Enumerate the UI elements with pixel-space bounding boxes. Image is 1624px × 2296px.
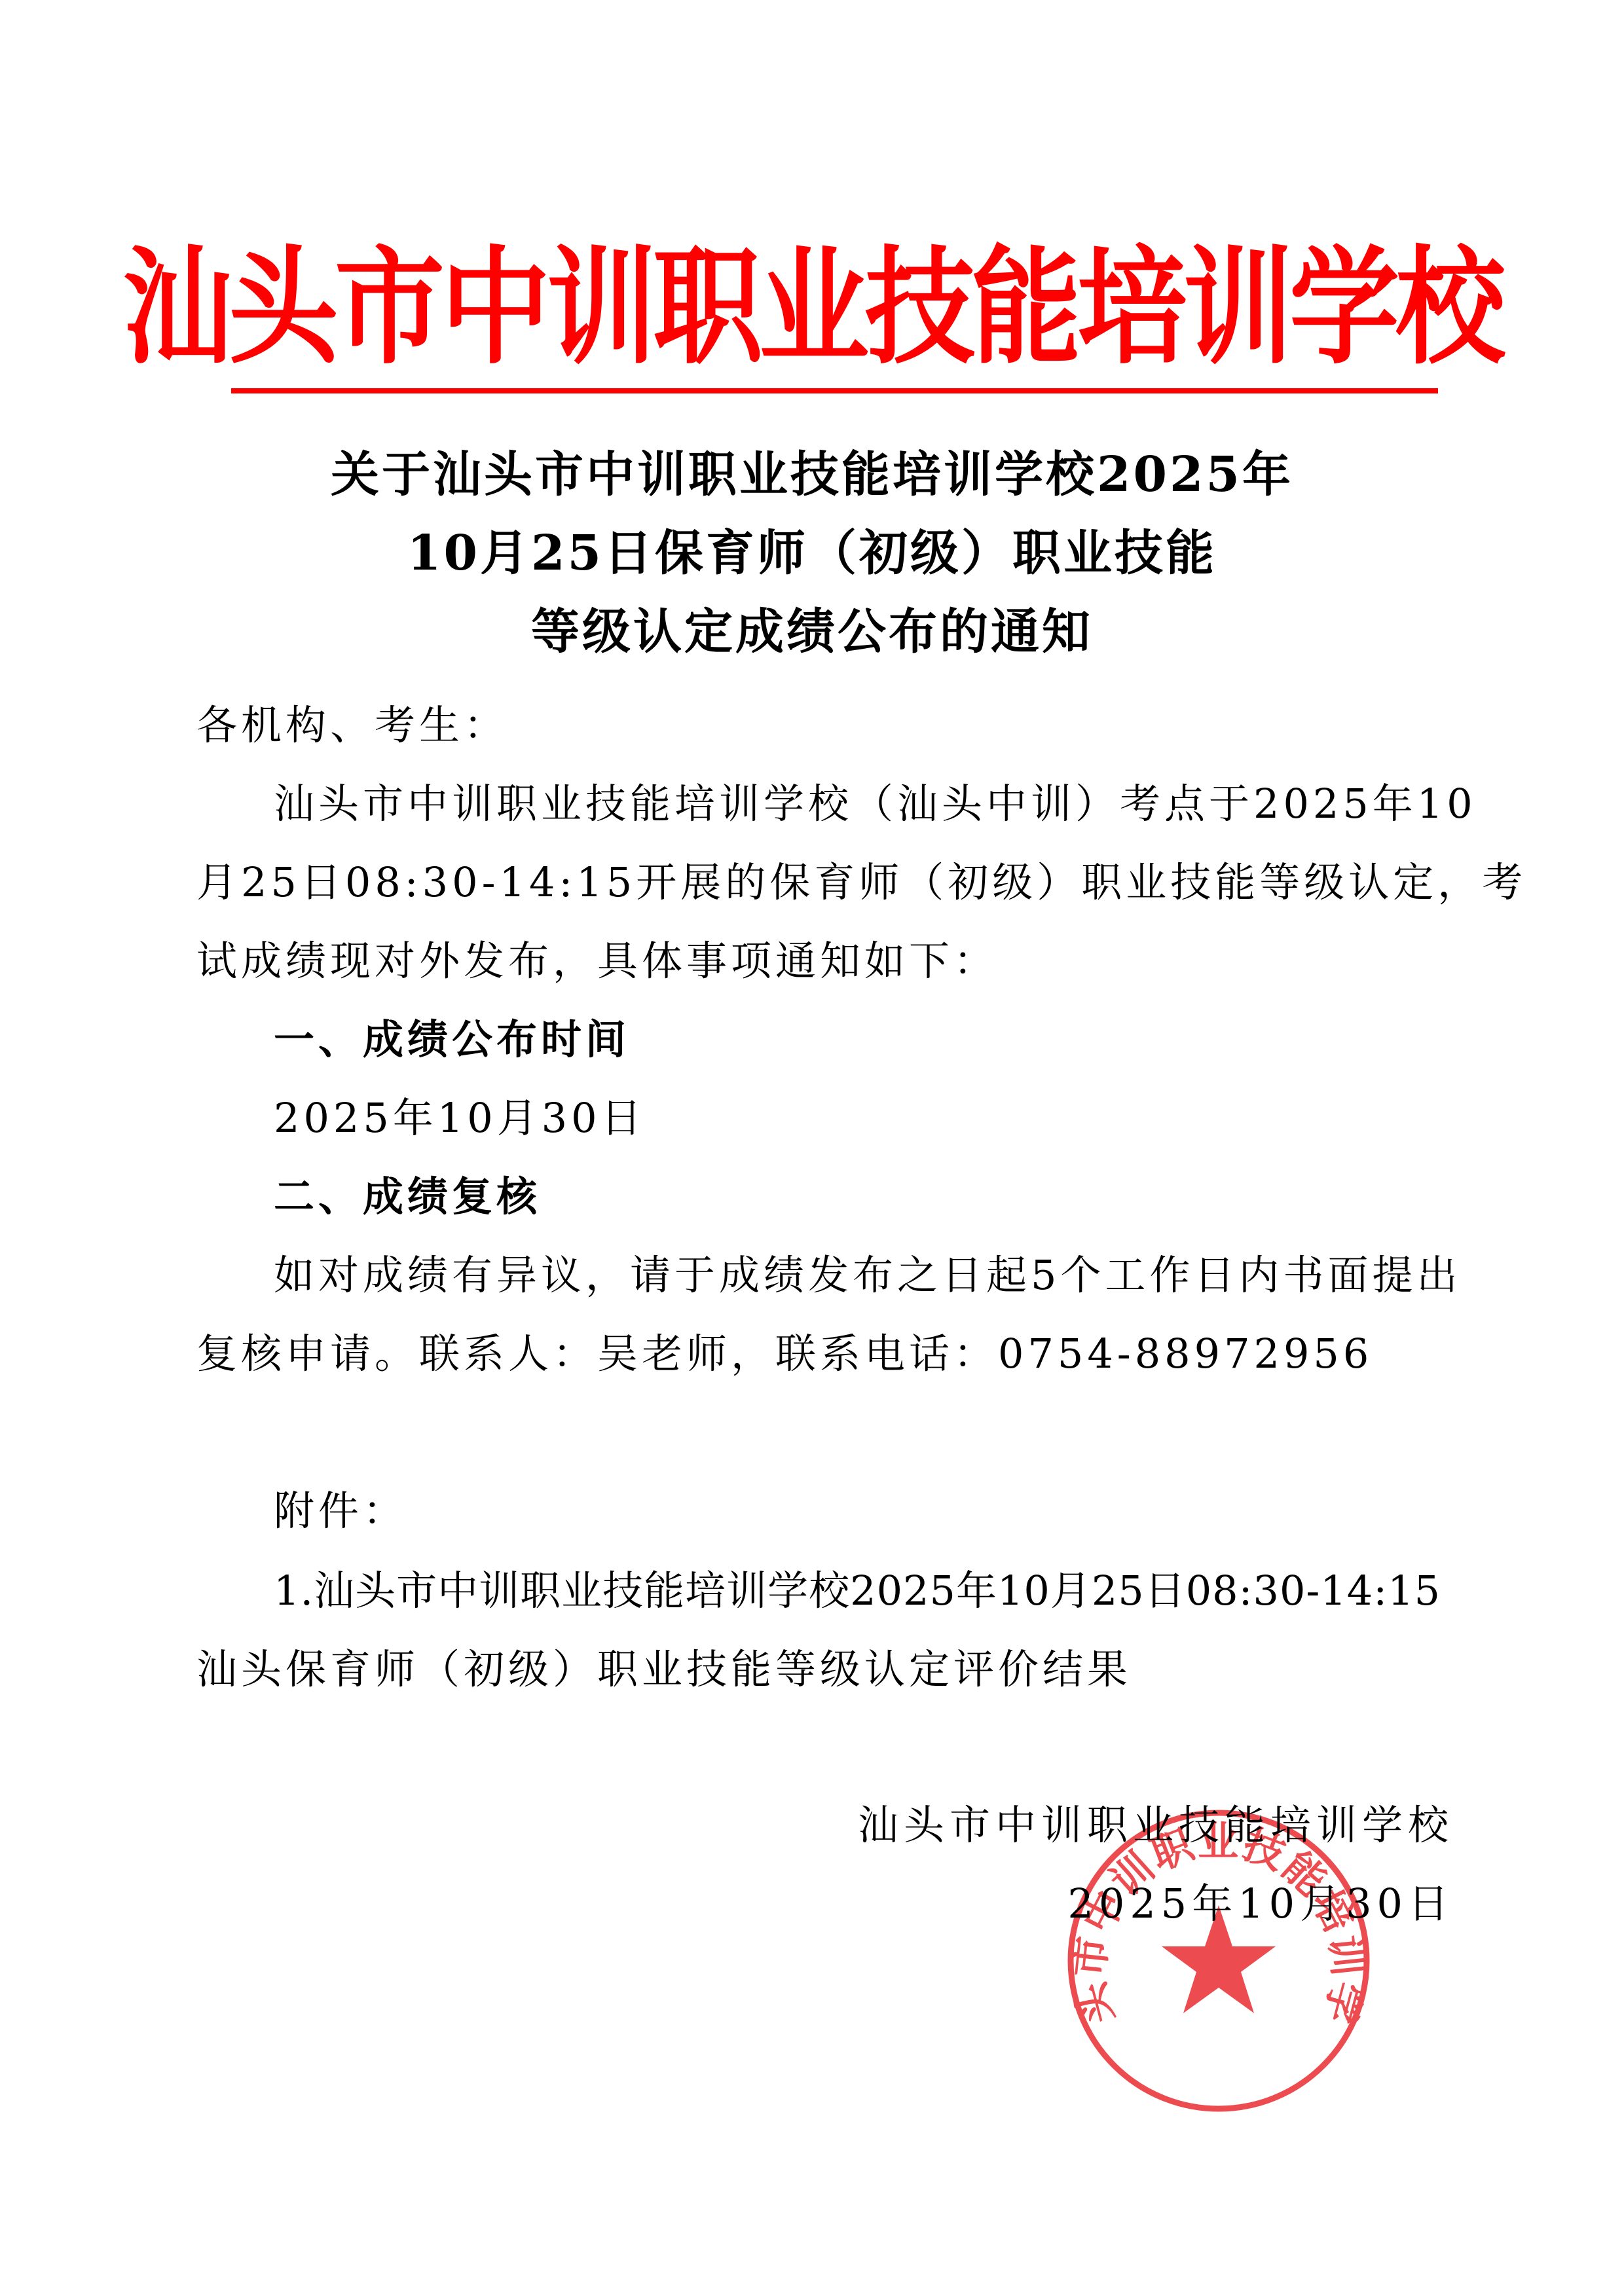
intro-line: 月25日08:30-14:15开展的保育师（初级）职业技能等级认定，考 [196, 856, 1526, 909]
notice-title-line-2: 10月25日保育师（初级）职业技能 [0, 511, 1624, 596]
attachment-item-continued[interactable]: 汕头保育师（初级）职业技能等级认定评价结果 [196, 1643, 1132, 1696]
letterhead-organization: 汕头市中训职业技能培训学校 [0, 232, 1624, 383]
signature-date: 2025年10月30日 [1067, 1878, 1454, 1930]
attachments-label: 附件： [274, 1485, 407, 1537]
publish-date: 2025年10月30日 [274, 1092, 646, 1144]
section-heading-review: 二、成绩复核 [274, 1171, 541, 1223]
section-heading-publish-time: 一、成绩公布时间 [274, 1013, 630, 1066]
review-contact-line: 复核申请。联系人：吴老师，联系电话：0754-88972956 [196, 1328, 1373, 1380]
attachment-item[interactable]: 1.汕头市中训职业技能培训学校2025年10月25日08:30-14:15 [274, 1565, 1441, 1617]
review-line: 如对成绩有异议，请于成绩发布之日起5个工作日内书面提出 [274, 1249, 1461, 1302]
notice-title-line-1: 关于汕头市中训职业技能培训学校2025年 [0, 432, 1624, 517]
intro-line: 试成绩现对外发布，具体事项通知如下： [196, 935, 998, 987]
letterhead-red-rule [231, 388, 1438, 393]
notice-title-line-3: 等级认定成绩公布的通知 [0, 589, 1624, 674]
intro-line: 汕头市中训职业技能培训学校（汕头中训）考点于2025年10 [274, 778, 1477, 830]
signature-organization: 汕头市中训职业技能培训学校 [858, 1799, 1454, 1851]
salutation: 各机构、考生： [196, 699, 508, 752]
official-seal: 汕头市中训职业技能培训学校 [1065, 1807, 1373, 2115]
